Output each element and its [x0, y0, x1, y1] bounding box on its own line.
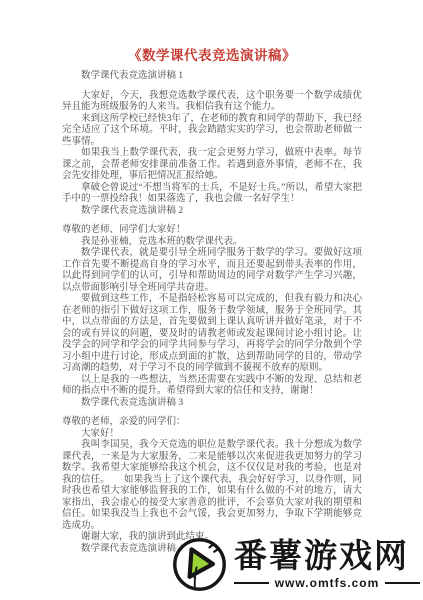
section-1-paragraph: 大家好，今天，我想竞选数学课代表，这个职务要一个数学成绩优异且能为班级服务的人来…: [62, 91, 362, 114]
watermark-site-name: 番薯游戏网: [234, 539, 420, 573]
section-2-paragraph: 我是孙亚楠，竞选本班的数学课代表。: [62, 237, 362, 249]
section-1-paragraph: 如果我当上数学课代表，我一定会更努力学习，做班中表率。每节课之前，会帮老师安排课…: [62, 148, 362, 183]
section-2-paragraph: 要做到这些工作，不是指轻松容易可以完成的，但我有毅力和决心在老师的指引下做好这项…: [62, 294, 362, 375]
speech-section-2: 数学课代表竞选演讲稿 2 尊敬的老师、同学们大家好！ 我是孙亚楠，竞选本班的数学…: [62, 206, 362, 398]
section-2-greeting: 尊敬的老师、同学们大家好！: [62, 225, 362, 237]
document-page: 《数学课代表竞选演讲稿》 数学课代表竞选演讲稿 1 大家好，今天，我想竞选数学课…: [0, 0, 423, 600]
watermark-text-block: 番薯游戏网 www.omtfs.com: [234, 539, 420, 590]
section-3-heading: 数学课代表竞选演讲稿 3: [62, 398, 362, 410]
url-left-rule: [234, 582, 269, 585]
url-right-rule: [385, 582, 420, 585]
watermark-url-row: www.omtfs.com: [234, 576, 420, 590]
section-1-paragraph: 拿破仑曾说过“不想当将军的士兵，不是好士兵。”所以，希望大家把手中的一票投给我！…: [62, 183, 362, 206]
document-body: 《数学课代表竞选演讲稿》 数学课代表竞选演讲稿 1 大家好，今天，我想竞选数学课…: [62, 48, 362, 555]
speech-section-1: 数学课代表竞选演讲稿 1 大家好，今天，我想竞选数学课代表，这个职务要一个数学成…: [62, 71, 362, 206]
section-1-paragraph: 来到这所学校已经快3年了，在老师的教育和同学的帮助下，我已经完全适应了这个环境。…: [62, 114, 362, 149]
section-1-heading: 数学课代表竞选演讲稿 1: [62, 71, 362, 83]
section-3-paragraph: 大家好！: [62, 429, 362, 441]
watermark: 番薯游戏网 www.omtfs.com: [171, 536, 420, 593]
section-2-heading: 数学课代表竞选演讲稿 2: [62, 206, 362, 218]
section-3-greeting: 尊敬的老师，亲爱的同学们：: [62, 417, 362, 429]
play-button-logo-icon: [171, 536, 228, 593]
watermark-site-url: www.omtfs.com: [275, 576, 380, 590]
document-title: 《数学课代表竞选演讲稿》: [62, 48, 362, 64]
speech-section-3: 数学课代表竞选演讲稿 3 尊敬的老师，亲爱的同学们： 大家好！ 我叫李国昊，我今…: [62, 398, 362, 544]
section-2-paragraph: 以上是我的一些想法，当然还需要在实践中不断的发现、总结和老师的指点中不断的提升。…: [62, 375, 362, 398]
section-2-paragraph: 数学课代表，就是要引导全班同学服务于数学的学习。要做好这项工作首先要不断提高自身…: [62, 248, 362, 294]
section-3-paragraph: 我叫李国昊，我今天竞选的职位是数学课代表。我十分想成为数学课代表，一来是为大家服…: [62, 440, 362, 532]
